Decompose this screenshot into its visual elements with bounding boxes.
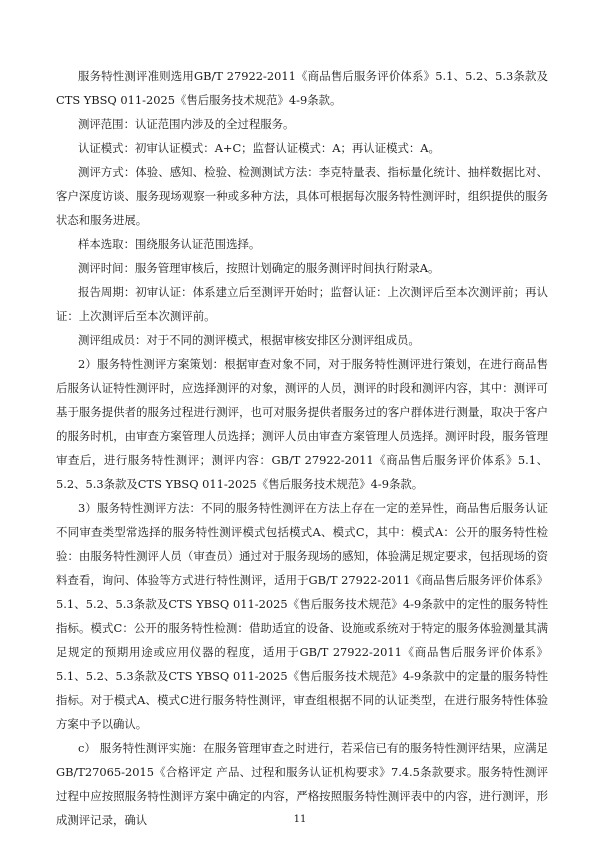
paragraph-evaluation-method: 测评方式：体验、感知、检验、检测测试方法：李克特量表、指标量化统计、抽样数据比对… <box>56 160 548 232</box>
paragraph-team-members: 测评组成员：对于不同的测评模式，根据审核安排区分测评组成员。 <box>56 328 548 352</box>
paragraph-criteria: 服务特性测评准则选用GB/T 27922-2011《商品售后服务评价体系》5.1… <box>56 64 548 112</box>
paragraph-scope: 测评范围：认证范围内涉及的全过程服务。 <box>56 112 548 136</box>
paragraph-report-cycle: 报告周期：初审认证：体系建立后至测评开始时；监督认证：上次测评后至本次测评前；再… <box>56 280 548 328</box>
page-number: 11 <box>0 814 600 825</box>
paragraph-certification-mode: 认证模式：初审认证模式：A+C；监督认证模式：A；再认证模式：A。 <box>56 136 548 160</box>
paragraph-plan-planning: 2）服务特性测评方案策划：根据审查对象不同，对于服务特性测评进行策划，在进行商品… <box>56 352 548 496</box>
document-body: 服务特性测评准则选用GB/T 27922-2011《商品售后服务评价体系》5.1… <box>56 64 548 832</box>
paragraph-sample-selection: 样本选取：围绕服务认证范围选择。 <box>56 232 548 256</box>
paragraph-evaluation-methods: 3）服务特性测评方法：不同的服务特性测评在方法上存在一定的差异性，商品售后服务认… <box>56 496 548 736</box>
paragraph-evaluation-time: 测评时间：服务管理审核后，按照计划确定的服务测评时间执行附录A。 <box>56 256 548 280</box>
